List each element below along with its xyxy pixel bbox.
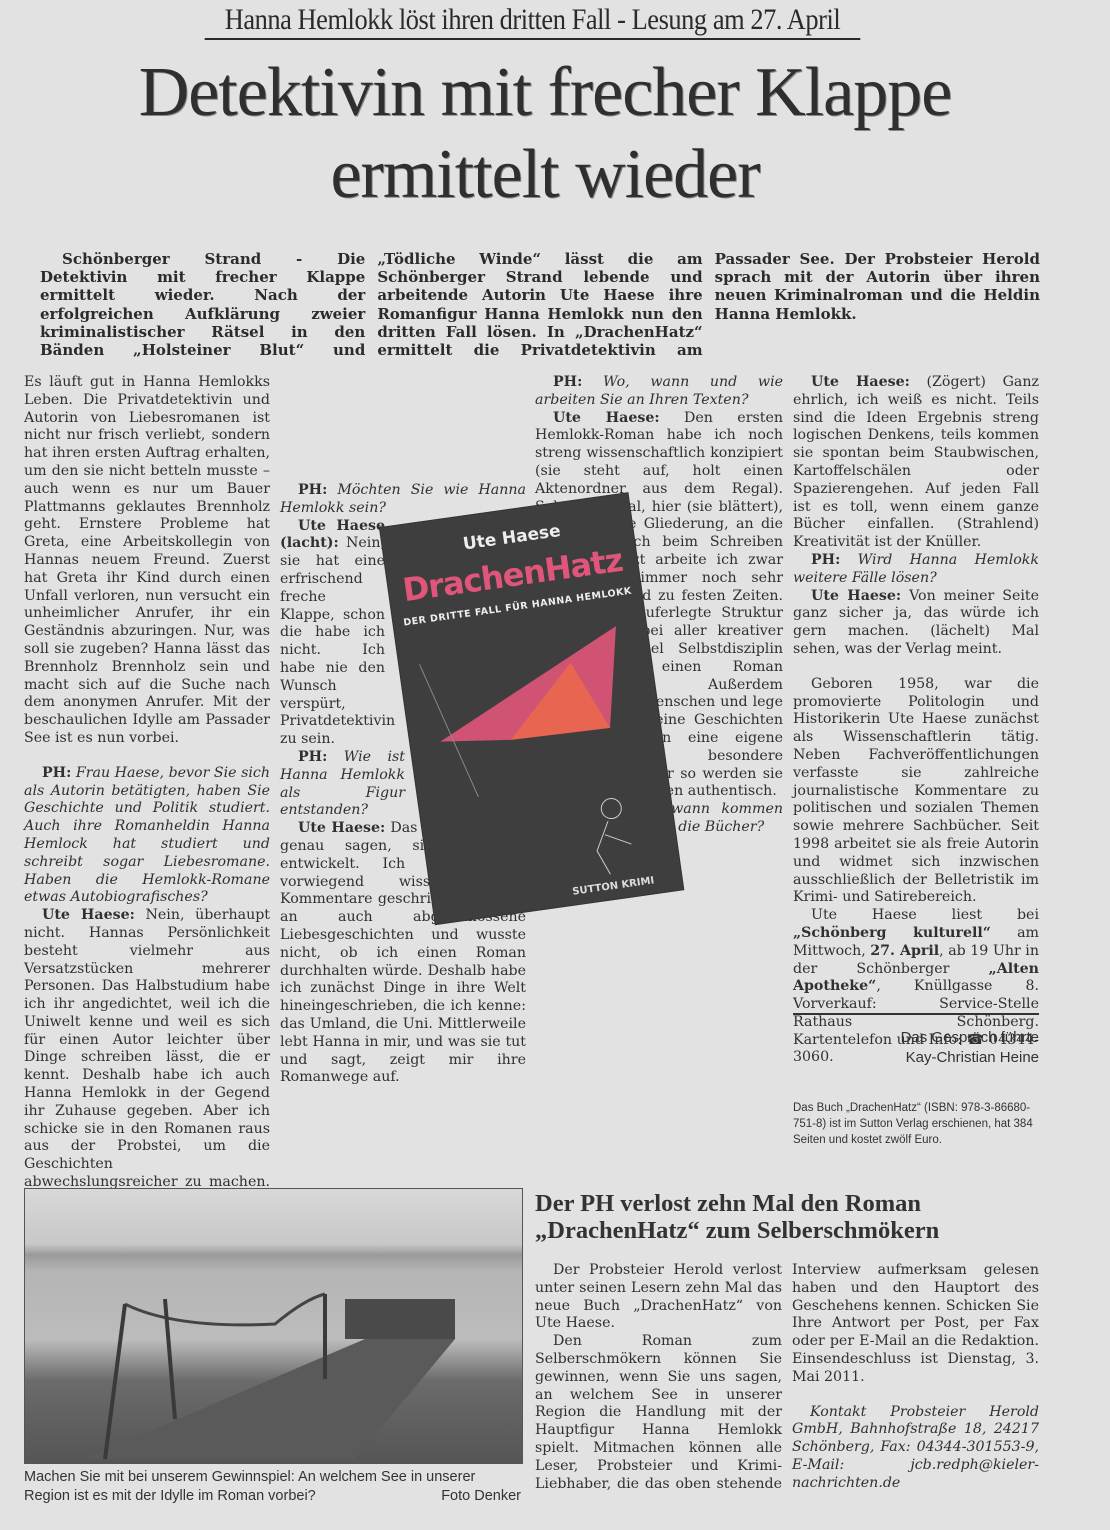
lead-text: Schönberger Strand - Die Detektivin mit … (40, 250, 1040, 359)
qa-speaker: PH: (553, 374, 582, 390)
contest-title-line-2: „DrachenHatz“ zum Selberschmökern (535, 1217, 1045, 1244)
event-date: 27. April (870, 943, 939, 959)
intro-text: Es läuft gut in Hanna Hemlokks Leben. Di… (24, 374, 270, 748)
contest-body: Der Probsteier Herold verlost unter sein… (535, 1262, 1039, 1493)
headline-line-2: ermittelt wieder (0, 134, 1090, 216)
qa-answer: Ute Haese: Nein, überhaupt nicht. Hannas… (24, 907, 270, 1227)
credit-line-2: Kay-Christian Heine (793, 1048, 1039, 1068)
qa-answer: Ute Haese: (Zögert) Ganz ehrlich, ich we… (793, 374, 1039, 552)
qa-text: (Zögert) Ganz ehrlich, ich weiß es nicht… (793, 374, 1039, 550)
book-author: Ute Haese (462, 521, 562, 554)
contest-contact: Kontakt Probsteier Herold GmbH, Bahnhofs… (792, 1404, 1039, 1493)
lead-paragraph: Schönberger Strand - Die Detektivin mit … (40, 250, 1040, 359)
qa-text: Nein, überhaupt nicht. Hannas Persönlich… (24, 907, 270, 1226)
qa-speaker: Ute Haese: (811, 588, 901, 604)
pier-illustration (25, 1189, 522, 1463)
qa-question: PH: Wo, wann und wie arbeiten Sie an Ihr… (535, 374, 783, 410)
qa-text: Nein, sie hat eine erfrischend freche Kl… (280, 535, 395, 747)
book-info: Das Buch „DrachenHatz“ (ISBN: 978-3-8668… (793, 1100, 1039, 1148)
photo-credit: Foto Denker (441, 1487, 521, 1506)
kicker: Hanna Hemlokk löst ihren dritten Fall - … (205, 2, 861, 40)
qa-speaker: PH: (42, 765, 71, 781)
interview-credit: Das Gespräch führte Kay-Christian Heine (793, 1028, 1039, 1068)
qa-answer: Ute Haese: Von meiner Seite ganz sicher … (793, 588, 1039, 659)
contest-paragraph-1: Der Probsteier Herold verlost unter sein… (535, 1262, 782, 1333)
event-series: „Schönberg kulturell“ (793, 925, 991, 941)
body-column-1: Es läuft gut in Hanna Hemlokks Leben. Di… (24, 374, 270, 1227)
qa-question: PH: Frau Haese, bevor Sie sich als Autor… (24, 765, 270, 907)
qa-question: PH: Wie ist Hanna Hemlokk als Figur ents… (280, 749, 405, 820)
qa-answer: Ute Haese (lacht): Nein, sie hat eine er… (280, 518, 385, 749)
qa-speaker: PH: (298, 749, 327, 765)
qa-question: PH: Wird Hanna Hemlokk weitere Fälle lös… (793, 552, 1039, 588)
qa-speaker: Ute Haese: (42, 907, 135, 923)
qa-text: Frau Haese, bevor Sie sich als Autorin b… (24, 765, 270, 906)
author-bio: Geboren 1958, war die promovierte Polito… (793, 676, 1039, 907)
divider (793, 1013, 1039, 1015)
qa-speaker: PH: (811, 552, 840, 568)
lake-pier-photo (24, 1188, 523, 1464)
body-column-4: Ute Haese: (Zögert) Ganz ehrlich, ich we… (793, 374, 1039, 1067)
contest-title: Der PH verlost zehn Mal den Roman „Drach… (535, 1190, 1045, 1244)
qa-speaker: PH: (298, 482, 327, 498)
headline: Detektivin mit frecher Klappe ermittelt … (0, 52, 1090, 216)
qa-speaker: Ute Haese: (553, 410, 660, 426)
headline-line-1: Detektivin mit frecher Klappe (0, 52, 1090, 134)
caption-text: Machen Sie mit bei unserem Gewinnspiel: … (24, 1469, 475, 1504)
photo-caption: Machen Sie mit bei unserem Gewinnspiel: … (24, 1468, 521, 1506)
qa-speaker: Ute Haese: (298, 820, 385, 836)
event-text: Ute Haese liest bei (811, 907, 1039, 923)
credit-line-1: Das Gespräch führte (793, 1028, 1039, 1048)
kite-illustration (415, 604, 670, 902)
contest-title-line-1: Der PH verlost zehn Mal den Roman (535, 1190, 1045, 1217)
qa-speaker: Ute Haese: (811, 374, 910, 390)
